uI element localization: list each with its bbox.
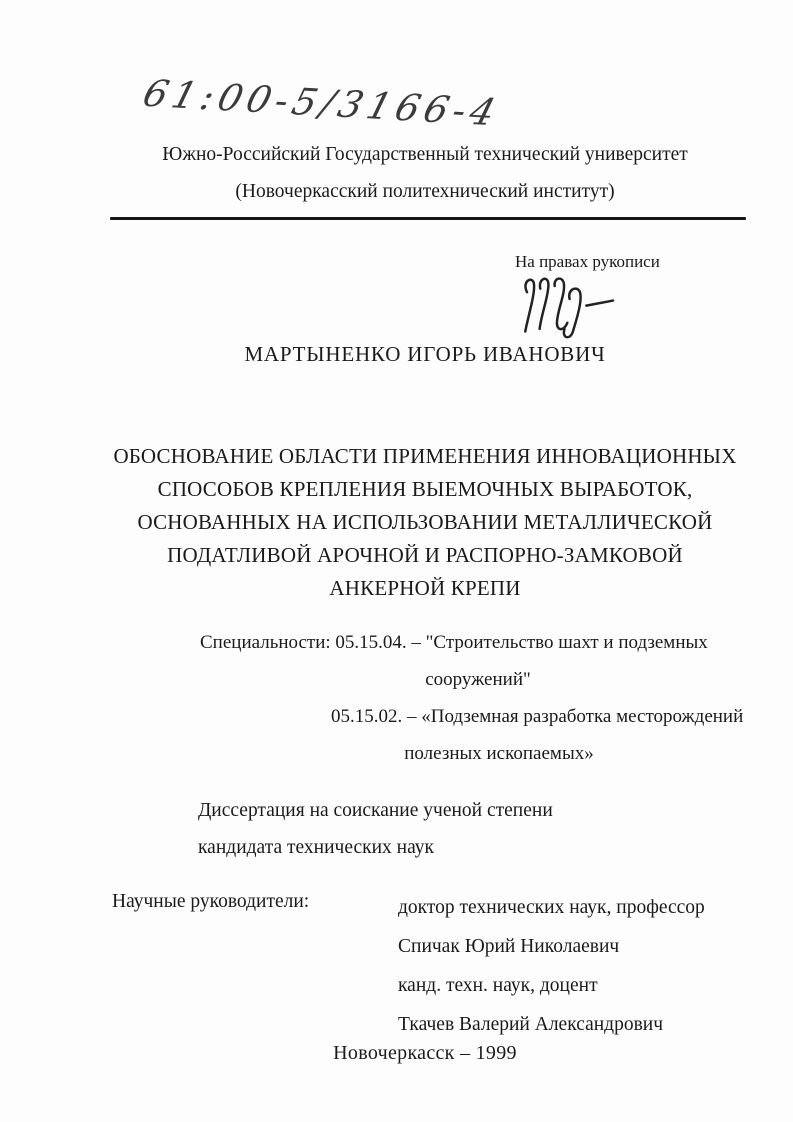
statement-line: кандидата технических наук [198, 829, 553, 866]
statement-line: Диссертация на соискание ученой степени [198, 792, 553, 829]
city-year: Новочеркасск – 1999 [57, 1042, 793, 1065]
title-line: АНКЕРНОЙ КРЕПИ [57, 572, 793, 605]
title-line: ОБОСНОВАНИЕ ОБЛАСТИ ПРИМЕНЕНИЯ ИННОВАЦИО… [57, 440, 793, 473]
supervisor-line: канд. техн. наук, доцент [398, 966, 705, 1005]
title-line: ОСНОВАННЫХ НА ИСПОЛЬЗОВАНИИ МЕТАЛЛИЧЕСКО… [57, 506, 793, 539]
supervisors-list: доктор технических наук, профессор Спича… [398, 888, 705, 1044]
title-line: ПОДАТЛИВОЙ АРОЧНОЙ И РАСПОРНО-ЗАМКОВОЙ [57, 539, 793, 572]
supervisor-line: доктор технических наук, профессор [398, 888, 705, 927]
specialty-line: полезных ископаемых» [205, 743, 793, 765]
specialty-line: 05.15.02. – «Подземная разработка местор… [331, 706, 743, 728]
title-line: СПОСОБОВ КРЕПЛЕНИЯ ВЫЕМОЧНЫХ ВЫРАБОТОК, [57, 473, 793, 506]
supervisors-label: Научные руководители: [112, 891, 309, 913]
catalog-number-handwritten: 61:00-5/3166-4 [138, 72, 504, 134]
specialty-line: Специальности: 05.15.04. – "Строительств… [200, 632, 708, 654]
university-name: Южно-Российский Государственный техничес… [57, 144, 793, 166]
specialty-line: сооружений" [163, 669, 793, 691]
supervisor-line: Спичак Юрий Николаевич [398, 927, 705, 966]
dissertation-statement: Диссертация на соискание ученой степени … [198, 792, 553, 866]
title-page: 61:00-5/3166-4 Южно-Российский Государст… [0, 0, 793, 1122]
divider-rule [110, 217, 746, 220]
institute-name: (Новочеркасский политехнический институт… [57, 181, 793, 203]
supervisor-line: Ткачев Валерий Александрович [398, 1005, 705, 1044]
signature-icon [514, 272, 636, 340]
manuscript-rights-note: На правах рукописи [515, 252, 660, 272]
dissertation-title: ОБОСНОВАНИЕ ОБЛАСТИ ПРИМЕНЕНИЯ ИННОВАЦИО… [57, 440, 793, 605]
author-name: МАРТЫНЕНКО ИГОРЬ ИВАНОВИЧ [57, 342, 793, 367]
